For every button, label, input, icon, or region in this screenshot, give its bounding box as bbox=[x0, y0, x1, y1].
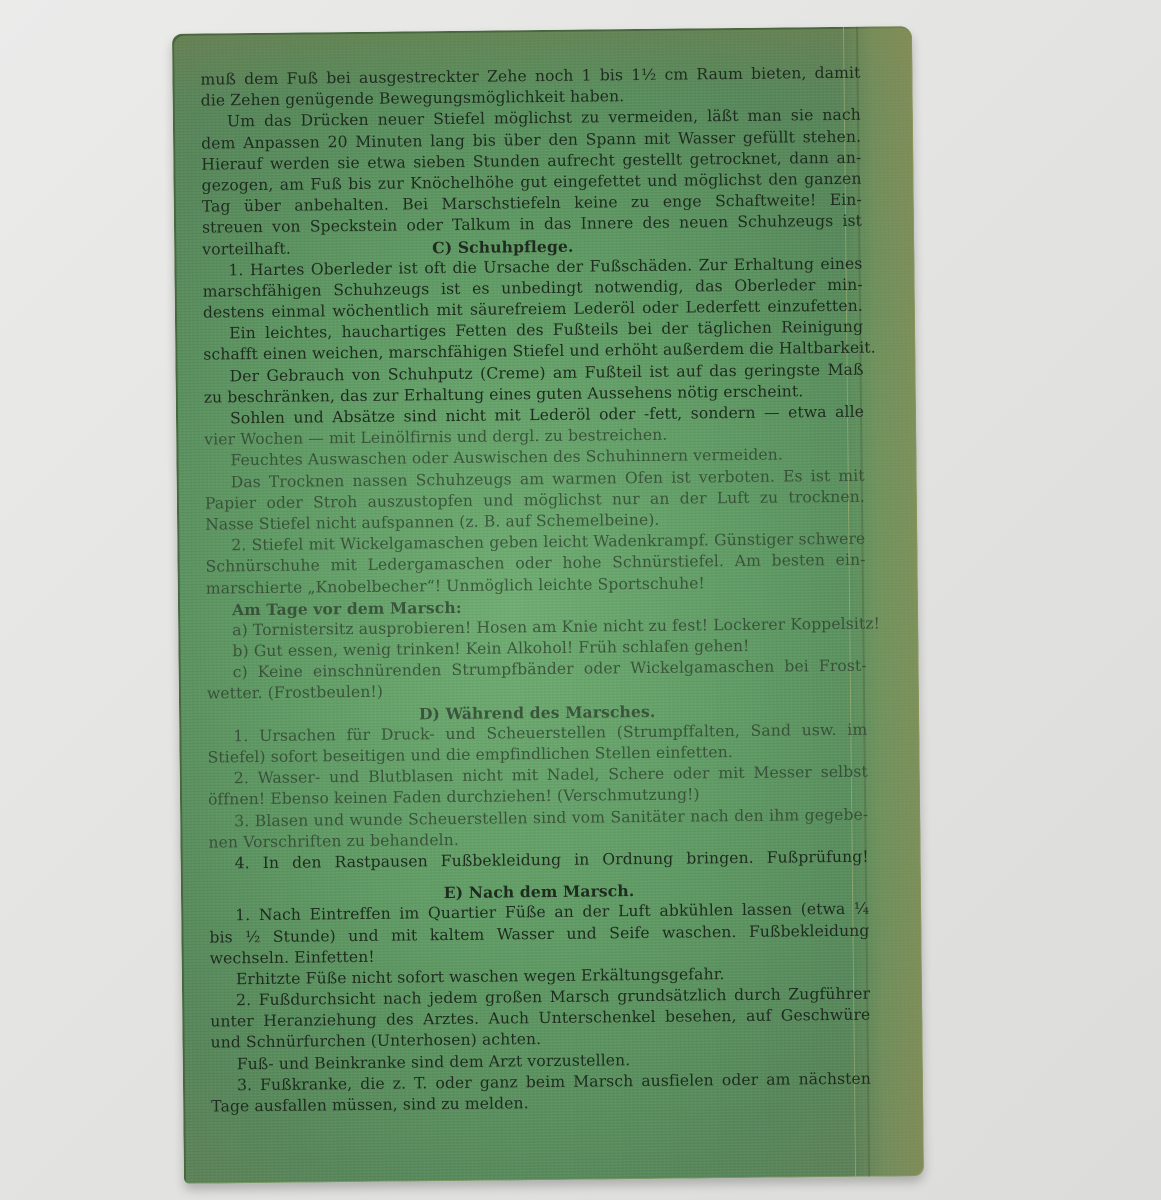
booklet-back-cover: muß dem Fuß bei ausgestreckter Zehe noch… bbox=[172, 26, 924, 1184]
printed-page: muß dem Fuß bei ausgestreckter Zehe noch… bbox=[200, 63, 871, 1118]
section-heading-c: C) Schuhpflege. bbox=[432, 235, 573, 258]
text-fragment: vorteilhaft. bbox=[202, 239, 291, 258]
